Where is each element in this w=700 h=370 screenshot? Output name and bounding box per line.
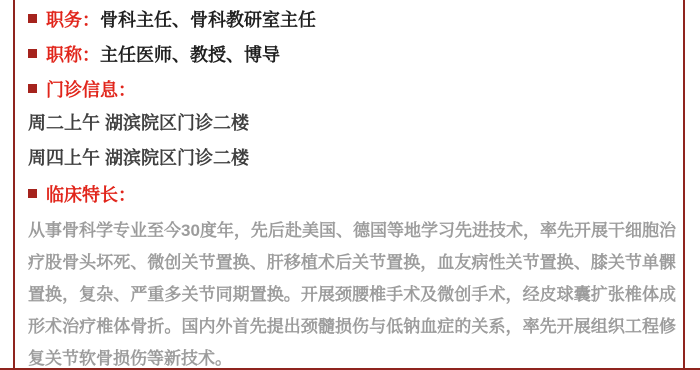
- clinic-schedule-item: 周四上午 湖滨院区门诊二楼: [28, 141, 676, 176]
- title-value: 主任医师、教授、博导: [100, 41, 280, 67]
- position-row: 职务： 骨科主任、骨科教研室主任: [28, 1, 676, 36]
- title-label: 职称：: [46, 41, 100, 67]
- clinic-info-label: 门诊信息：: [46, 76, 136, 102]
- position-value: 骨科主任、骨科教研室主任: [100, 6, 316, 32]
- doctor-profile-section: 职务： 骨科主任、骨科教研室主任 职称： 主任医师、教授、博导 门诊信息： 周二…: [0, 0, 700, 370]
- bullet-square-icon: [28, 84, 37, 93]
- title-row: 职称： 主任医师、教授、博导: [28, 36, 676, 71]
- clinical-specialty-header-row: 临床特长：: [28, 176, 676, 211]
- bullet-square-icon: [28, 14, 37, 23]
- clinic-info-header-row: 门诊信息：: [28, 71, 676, 106]
- bullet-square-icon: [28, 189, 37, 198]
- right-rule-line: [683, 0, 685, 370]
- clinical-specialty-label: 临床特长：: [46, 181, 136, 207]
- bullet-square-icon: [28, 49, 37, 58]
- left-rule-line: [13, 0, 15, 370]
- profile-content: 职务： 骨科主任、骨科教研室主任 职称： 主任医师、教授、博导 门诊信息： 周二…: [28, 1, 676, 370]
- clinic-schedule-item: 周二上午 湖滨院区门诊二楼: [28, 106, 676, 141]
- position-label: 职务：: [46, 6, 100, 32]
- clinical-specialty-text: 从事骨科学专业至今30度年，先后赴美国、德国等地学习先进技术，率先开展干细胞治疗…: [28, 215, 676, 370]
